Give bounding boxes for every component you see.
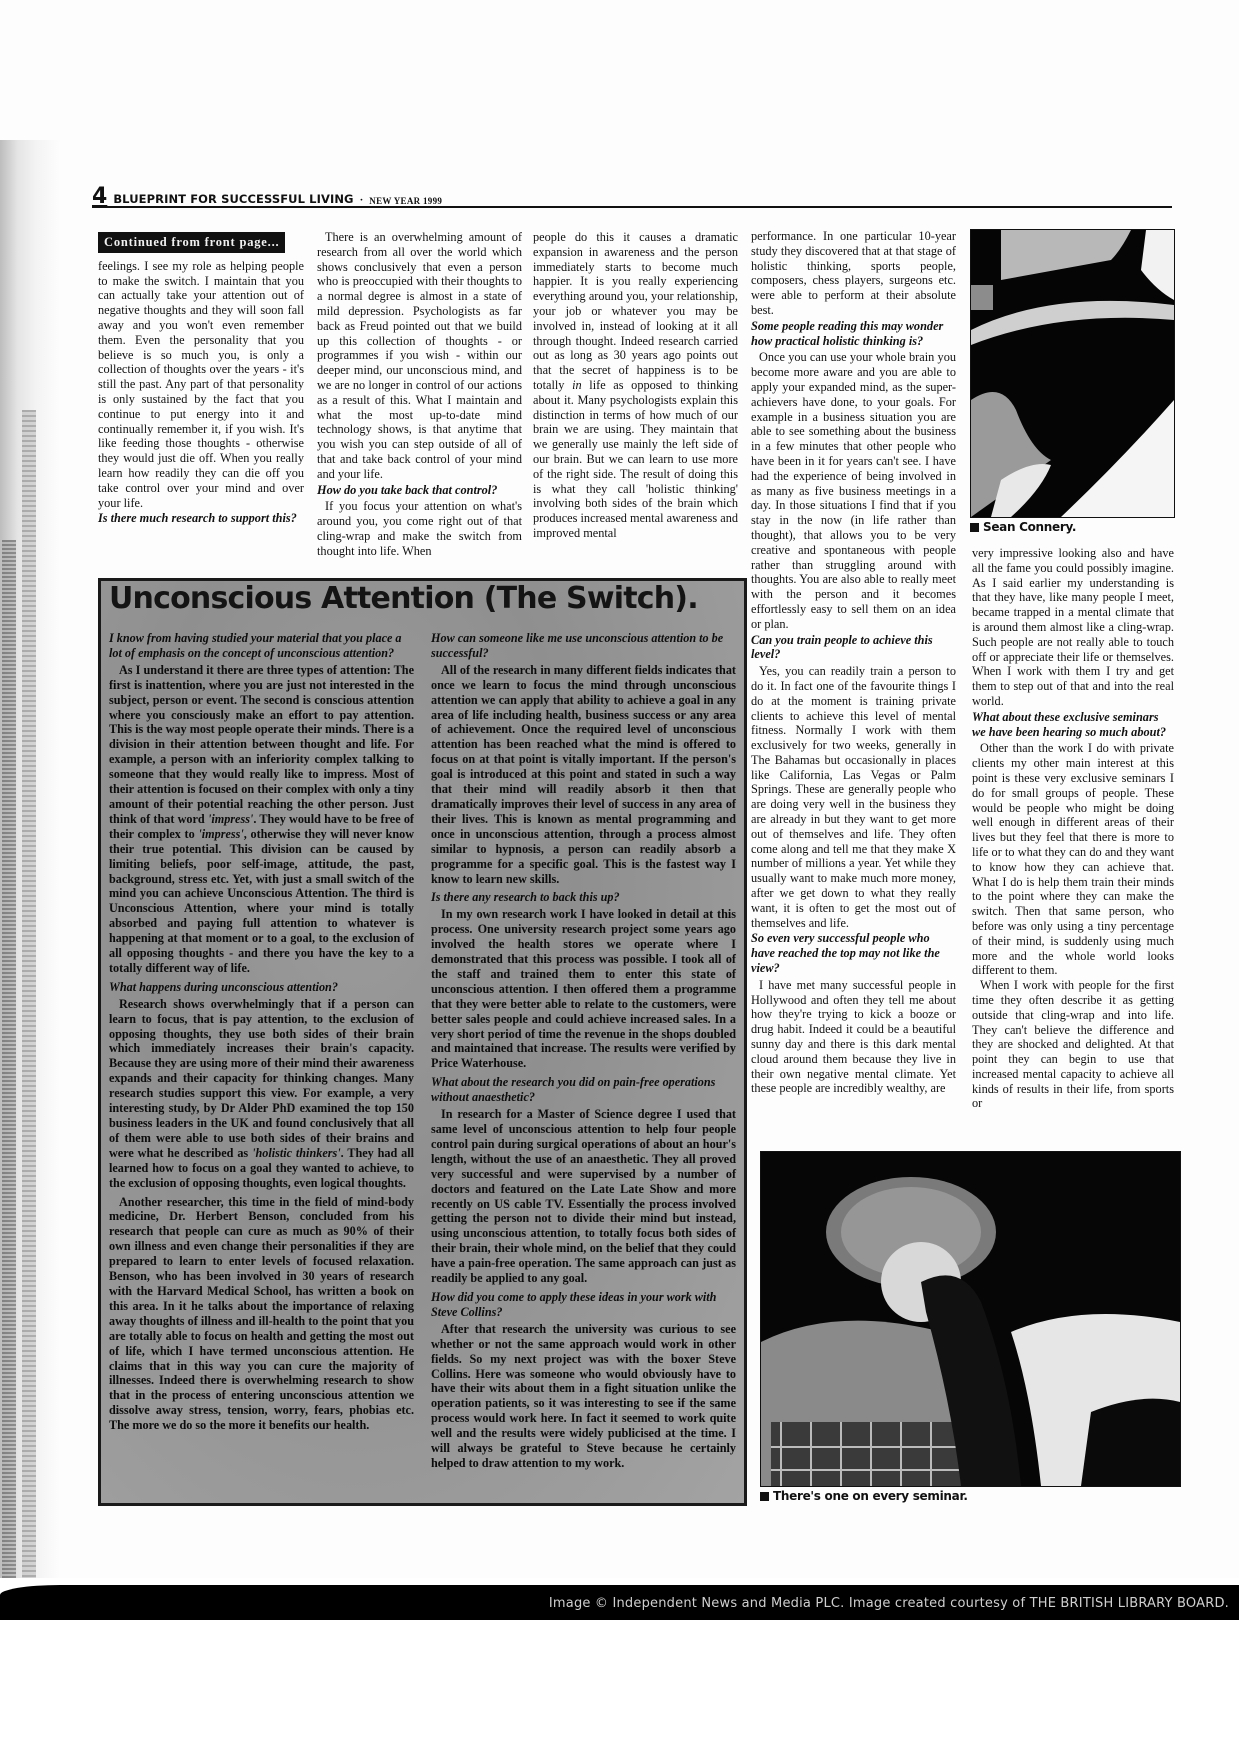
feature-box-left-column: I know from having studied your material… [109, 627, 414, 1437]
article-paragraph: There is an overwhelming amount of resea… [317, 230, 522, 482]
interview-question: Is there any research to back this up? [431, 890, 736, 905]
interview-question: Is there much research to support this? [98, 511, 304, 526]
photo-clown-seminar [760, 1151, 1181, 1487]
photo-caption: There's one on every seminar. [760, 1489, 968, 1503]
article-column-5: very impressive looking also and have al… [972, 546, 1174, 1111]
emphasis-text: 'holistic thinkers' [252, 1146, 341, 1160]
interview-question: What about the research you did on pain-… [431, 1075, 736, 1105]
interview-question: What about these exclusive seminars we h… [972, 710, 1174, 740]
page-number: 4 [92, 188, 107, 206]
article-column-3: people do this it causes a dramatic expa… [533, 230, 738, 541]
article-paragraph: In my own research work I have looked in… [431, 907, 736, 1071]
interview-question: So even very successful people who have … [751, 931, 956, 975]
text-run: As I understand it there are three types… [109, 663, 414, 826]
photo-caption: Sean Connery. [970, 520, 1076, 534]
clown-photo-image [761, 1152, 1180, 1486]
interview-question: How do you take back that control? [317, 483, 522, 498]
interview-question: What happens during unconscious attentio… [109, 980, 414, 995]
interview-question: Some people reading this may wonder how … [751, 319, 956, 349]
article-paragraph: Once you can use your whole brain you be… [751, 350, 956, 631]
masthead-separator: · [360, 194, 364, 206]
article-paragraph: After that research the university was c… [431, 1322, 736, 1471]
article-paragraph: As I understand it there are three types… [109, 663, 414, 976]
article-paragraph: Yes, you can readily train a person to d… [751, 664, 956, 930]
article-paragraph: All of the research in many different fi… [431, 663, 736, 887]
spine-edge-outer [2, 540, 16, 1600]
emphasis-text: 'impress' [198, 827, 243, 841]
interview-question: How did you come to apply these ideas in… [431, 1290, 736, 1320]
emphasis-text: 'impress' [208, 812, 253, 826]
interview-question: How can someone like me use unconscious … [431, 631, 736, 661]
feature-box-right-column: How can someone like me use unconscious … [431, 627, 736, 1475]
article-paragraph: In research for a Master of Science degr… [431, 1107, 736, 1286]
article-paragraph: Another researcher, this time in the fie… [109, 1195, 414, 1434]
article-column-4: performance. In one particular 10-year s… [751, 229, 956, 1096]
article-column-1: Continued from front page... feelings. I… [98, 232, 304, 528]
caption-text: Sean Connery. [983, 520, 1076, 534]
publication-title: BLUEPRINT FOR SUCCESSFUL LIVING [113, 192, 353, 206]
masthead: 4 BLUEPRINT FOR SUCCESSFUL LIVING · NEW … [92, 188, 1172, 208]
issue-date: NEW YEAR 1999 [369, 196, 442, 206]
article-paragraph: If you focus your attention on what's ar… [317, 499, 522, 558]
bullet-square-icon [970, 523, 979, 532]
feature-box-title: Unconscious Attention (The Switch). [109, 581, 698, 616]
hat-silhouette-image [971, 230, 1174, 517]
text-run: , otherwise they will never know their t… [109, 827, 414, 975]
article-paragraph: Other than the work I do with private cl… [972, 741, 1174, 978]
article-paragraph: people do this it causes a dramatic expa… [533, 230, 738, 541]
spine-edge [22, 410, 36, 1610]
text-run: people do this it causes a dramatic expa… [533, 230, 738, 392]
text-run: life as opposed to thinking about it. Ma… [533, 378, 738, 540]
article-paragraph: performance. In one particular 10-year s… [751, 229, 956, 318]
article-paragraph: feelings. I see my role as helping peopl… [98, 259, 304, 511]
caption-text: There's one on every seminar. [773, 1489, 968, 1503]
interview-question: Can you train people to achieve this lev… [751, 633, 956, 663]
interview-question: I know from having studied your material… [109, 631, 414, 661]
article-paragraph: very impressive looking also and have al… [972, 546, 1174, 709]
article-paragraph: Research shows overwhelmingly that if a … [109, 997, 414, 1191]
emphasis-text: in [572, 378, 582, 392]
text-run: Research shows overwhelmingly that if a … [109, 997, 414, 1160]
article-column-2: There is an overwhelming amount of resea… [317, 230, 522, 559]
image-credit: Image © Independent News and Media PLC. … [549, 1596, 1229, 1611]
article-paragraph: When I work with people for the first ti… [972, 978, 1174, 1111]
feature-box: Unconscious Attention (The Switch). I kn… [98, 578, 747, 1506]
bullet-square-icon [760, 1492, 769, 1501]
photo-sean-connery [970, 229, 1175, 518]
article-paragraph: I have met many successful people in Hol… [751, 978, 956, 1096]
continued-label: Continued from front page... [98, 232, 285, 253]
